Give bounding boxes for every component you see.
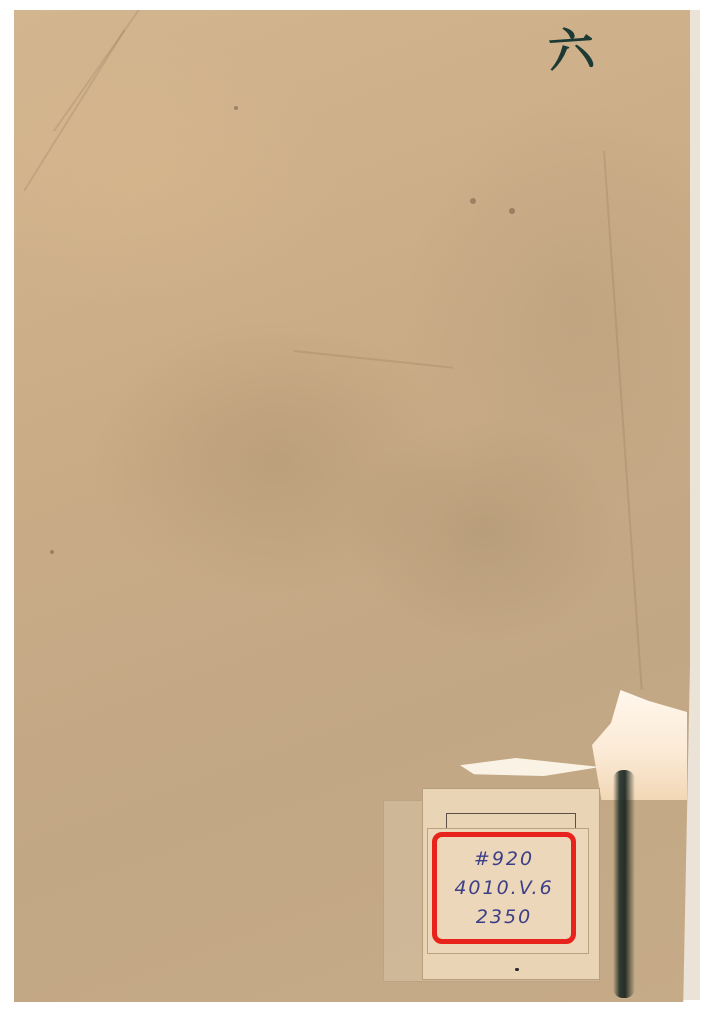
paper-crease [53,8,141,132]
stain-spot [509,208,515,214]
label-line-callno: 4010.V.6 [454,874,553,903]
stain-spot [50,550,54,554]
stain-spot [234,106,238,110]
paper-crease [23,29,125,191]
ink-stain [613,770,635,998]
label-line-accession: 2350 [476,903,532,932]
paper-crease [603,151,643,690]
label-frame [446,813,576,828]
stain-spot [470,198,476,204]
label-line-number: #920 [474,845,534,874]
ink-dot [515,968,519,971]
paper-crease [294,350,453,369]
volume-mark: 六 [546,12,596,81]
library-label-border: #920 4010.V.6 2350 [432,832,576,944]
